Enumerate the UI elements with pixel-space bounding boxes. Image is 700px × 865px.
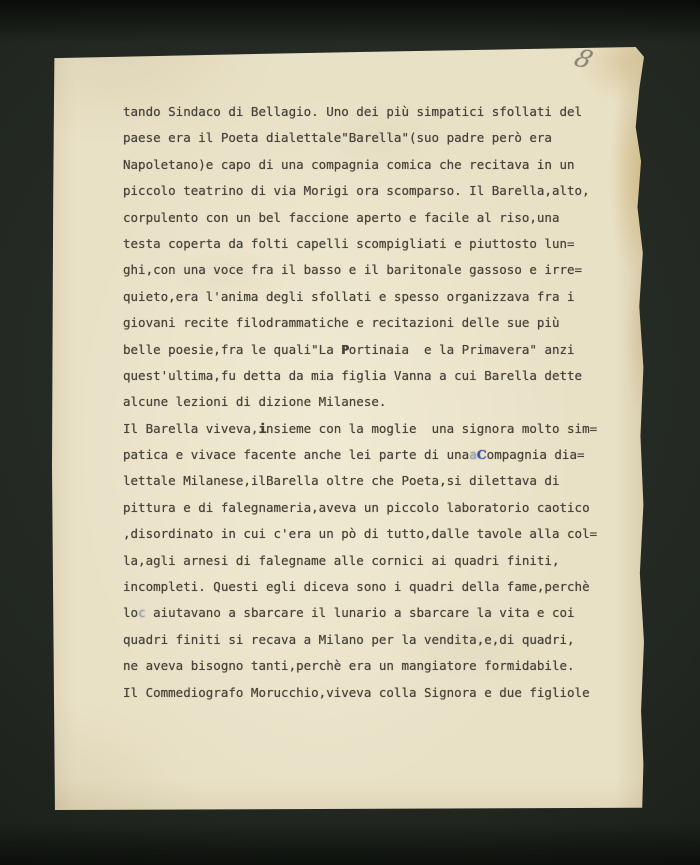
text-line: quadri finiti si recava a Milano per la … [123,627,591,653]
text-segment: Il Barella viveva, [123,421,258,436]
text-segment: quadri finiti si recava a Milano per la … [123,632,575,647]
text-segment: aiutavano a sbarcare il lunario a sbarca… [146,605,575,620]
text-line: la,agli arnesi di falegname alle cornici… [123,548,591,574]
text-segment: lo [123,605,138,620]
text-segment: alcune lezioni di dizione Milanese. [123,394,386,409]
text-line: Napoletano)e capo di una compagnia comic… [123,152,591,178]
text-segment: quieto,era l'anima degli sfollati e spes… [123,289,575,304]
text-segment: piccolo teatrino di via Morigi ora scomp… [123,183,590,198]
text-segment: patica e vivace facente anche lei parte … [123,447,469,462]
text-segment: la,agli arnesi di falegname alle cornici… [123,553,560,568]
text-line: piccolo teatrino di via Morigi ora scomp… [123,178,591,204]
text-segment-overstrike: P [341,342,349,357]
text-segment: belle poesie,fra le quali"La [123,342,341,357]
handwritten-page-number: 8 [568,43,620,86]
text-segment: ,disordinato in cui c'era un pò di tutto… [123,526,597,541]
text-line: pittura e di falegnameria,aveva un picco… [123,495,591,521]
text-segment-blue: C [477,447,487,462]
text-line: loc aiutavano a sbarcare il lunario a sb… [123,600,591,626]
text-segment: corpulento con un bel faccione aperto e … [123,210,560,225]
text-line: Il Commediografo Morucchio,viveva colla … [123,680,591,706]
text-segment-smudge: c [138,605,146,620]
text-segment: Il Commediografo Morucchio,viveva colla … [123,685,590,700]
document-page: 8 tando Sindaco di Bellagio. Uno dei più… [52,47,644,810]
text-line: testa coperta da folti capelli scompigli… [123,231,591,257]
text-segment: incompleti. Questi egli diceva sono i qu… [123,579,590,594]
text-line: lettale Milanese,ilBarella oltre che Poe… [123,468,591,494]
text-segment: pittura e di falegnameria,aveva un picco… [123,500,590,515]
typewritten-text: tando Sindaco di Bellagio. Uno dei più s… [123,99,591,706]
text-line: corpulento con un bel faccione aperto e … [123,205,591,231]
text-line: tando Sindaco di Bellagio. Uno dei più s… [123,99,591,125]
text-segment-overstrike: i [258,421,266,436]
text-line: incompleti. Questi egli diceva sono i qu… [123,574,591,600]
text-segment: paese era il Poeta dialettale"Barella"(s… [123,130,552,145]
text-line: quest'ultima,fu detta da mia figlia Vann… [123,363,591,389]
text-segment: ne aveva bisogno tanti,perchè era un man… [123,658,575,673]
text-segment: ompagnia dia= [487,447,585,462]
text-line: Il Barella viveva,insieme con la moglie … [123,416,591,442]
text-line: ghi,con una voce fra il basso e il barit… [123,257,591,283]
text-segment: ortinaia e la Primavera" anzi [349,342,575,357]
text-segment: tando Sindaco di Bellagio. Uno dei più s… [123,104,582,119]
text-segment-smudge: a [469,447,477,462]
text-line: giovani recite filodrammatiche e recitaz… [123,310,591,336]
text-line: quieto,era l'anima degli sfollati e spes… [123,284,591,310]
text-segment: quest'ultima,fu detta da mia figlia Vann… [123,368,582,383]
text-segment: giovani recite filodrammatiche e recitaz… [123,315,560,330]
text-segment: lettale Milanese,ilBarella oltre che Poe… [123,473,560,488]
text-line: ne aveva bisogno tanti,perchè era un man… [123,653,591,679]
text-line: alcune lezioni di dizione Milanese. [123,389,591,415]
text-line: patica e vivace facente anche lei parte … [123,442,591,468]
text-line: ,disordinato in cui c'era un pò di tutto… [123,521,591,547]
text-line: belle poesie,fra le quali"La Portinaia e… [123,337,591,363]
photo-background: 8 tando Sindaco di Bellagio. Uno dei più… [0,0,700,865]
text-segment: testa coperta da folti capelli scompigli… [123,236,575,251]
text-segment: Napoletano)e capo di una compagnia comic… [123,157,575,172]
text-line: paese era il Poeta dialettale"Barella"(s… [123,125,591,151]
text-segment: ghi,con una voce fra il basso e il barit… [123,262,582,277]
text-segment: nsieme con la moglie una signora molto s… [266,421,597,436]
